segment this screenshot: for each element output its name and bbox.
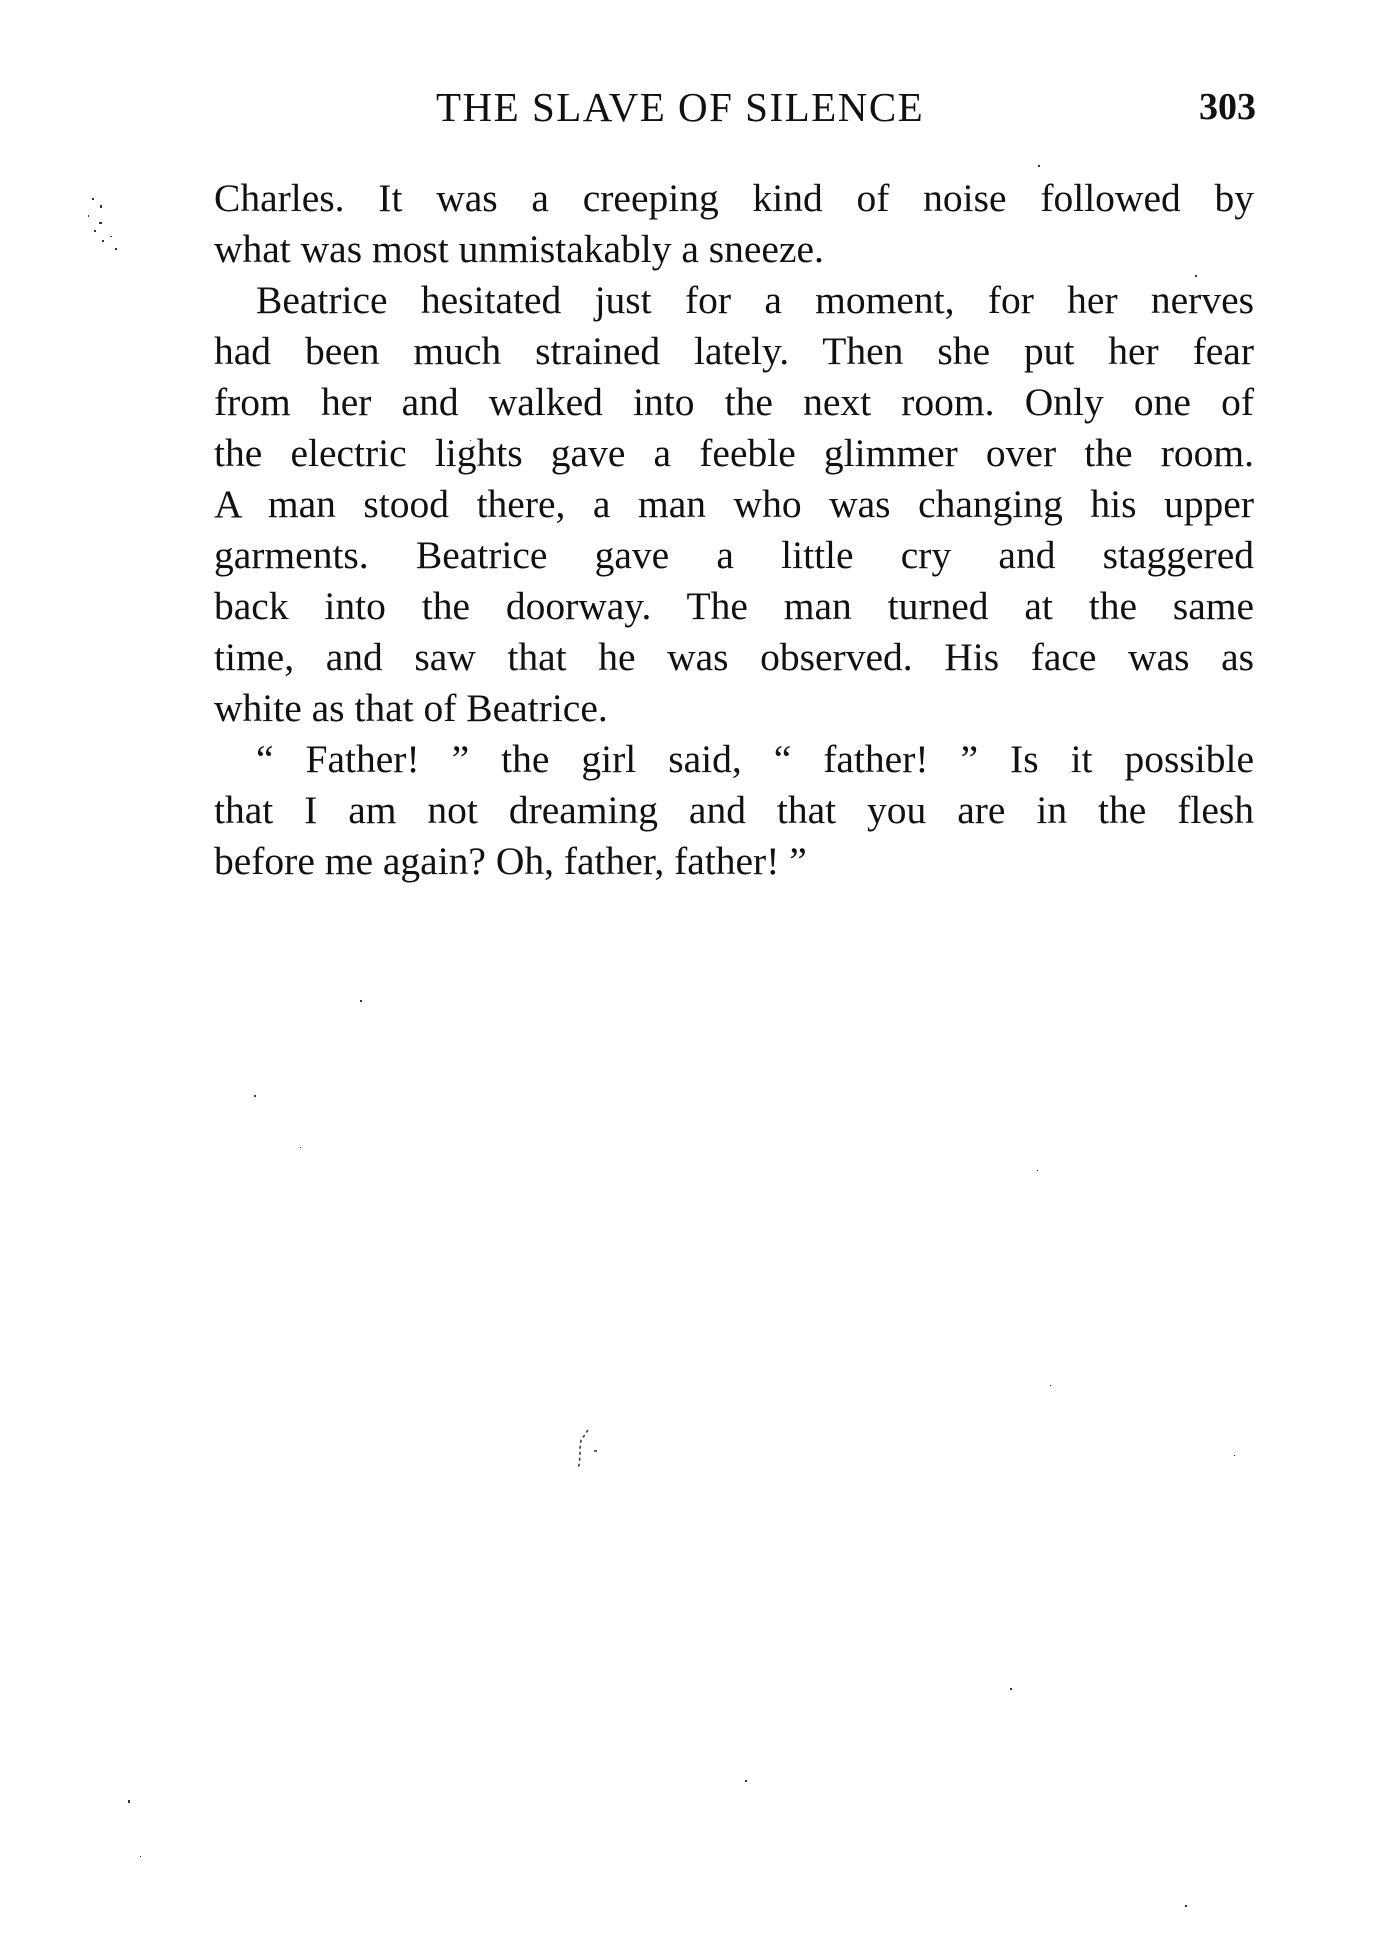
text-line: Beatrice hesitated just for a moment, fo… [214, 275, 1254, 326]
paragraph: Beatrice hesitated just for a moment, fo… [214, 275, 1254, 734]
running-header: THE SLAVE OF SILENCE 303 [436, 82, 1276, 132]
text-line: time, and saw that he was observed. His … [214, 632, 1254, 683]
text-line: garments. Beatrice gave a little cry and… [214, 530, 1254, 581]
paragraph: Charles. It was a creeping kind of noise… [214, 173, 1254, 275]
text-line: what was most unmistakably a sneeze. [214, 224, 1254, 275]
text-line: before me again? Oh, father, father! ” [214, 836, 1254, 887]
text-line: “ Father! ” the girl said, “ father! ” I… [214, 734, 1254, 785]
text-line: had been much strained lately. Then she … [214, 326, 1254, 377]
text-line: that I am not dreaming and that you are … [214, 785, 1254, 836]
text-line: back into the doorway. The man turned at… [214, 581, 1254, 632]
body-text: Charles. It was a creeping kind of noise… [214, 173, 1254, 887]
paragraph: “ Father! ” the girl said, “ father! ” I… [214, 734, 1254, 887]
running-title: THE SLAVE OF SILENCE [436, 82, 924, 132]
text-line: A man stood there, a man who was changin… [214, 479, 1254, 530]
page-number: 303 [1199, 82, 1256, 132]
text-line: from her and walked into the next room. … [214, 377, 1254, 428]
text-line: Charles. It was a creeping kind of noise… [214, 173, 1254, 224]
text-line: the electric lights gave a feeble glimme… [214, 428, 1254, 479]
text-line: white as that of Beatrice. [214, 683, 1254, 734]
book-page: THE SLAVE OF SILENCE 303 Charles. It was… [0, 0, 1395, 1935]
